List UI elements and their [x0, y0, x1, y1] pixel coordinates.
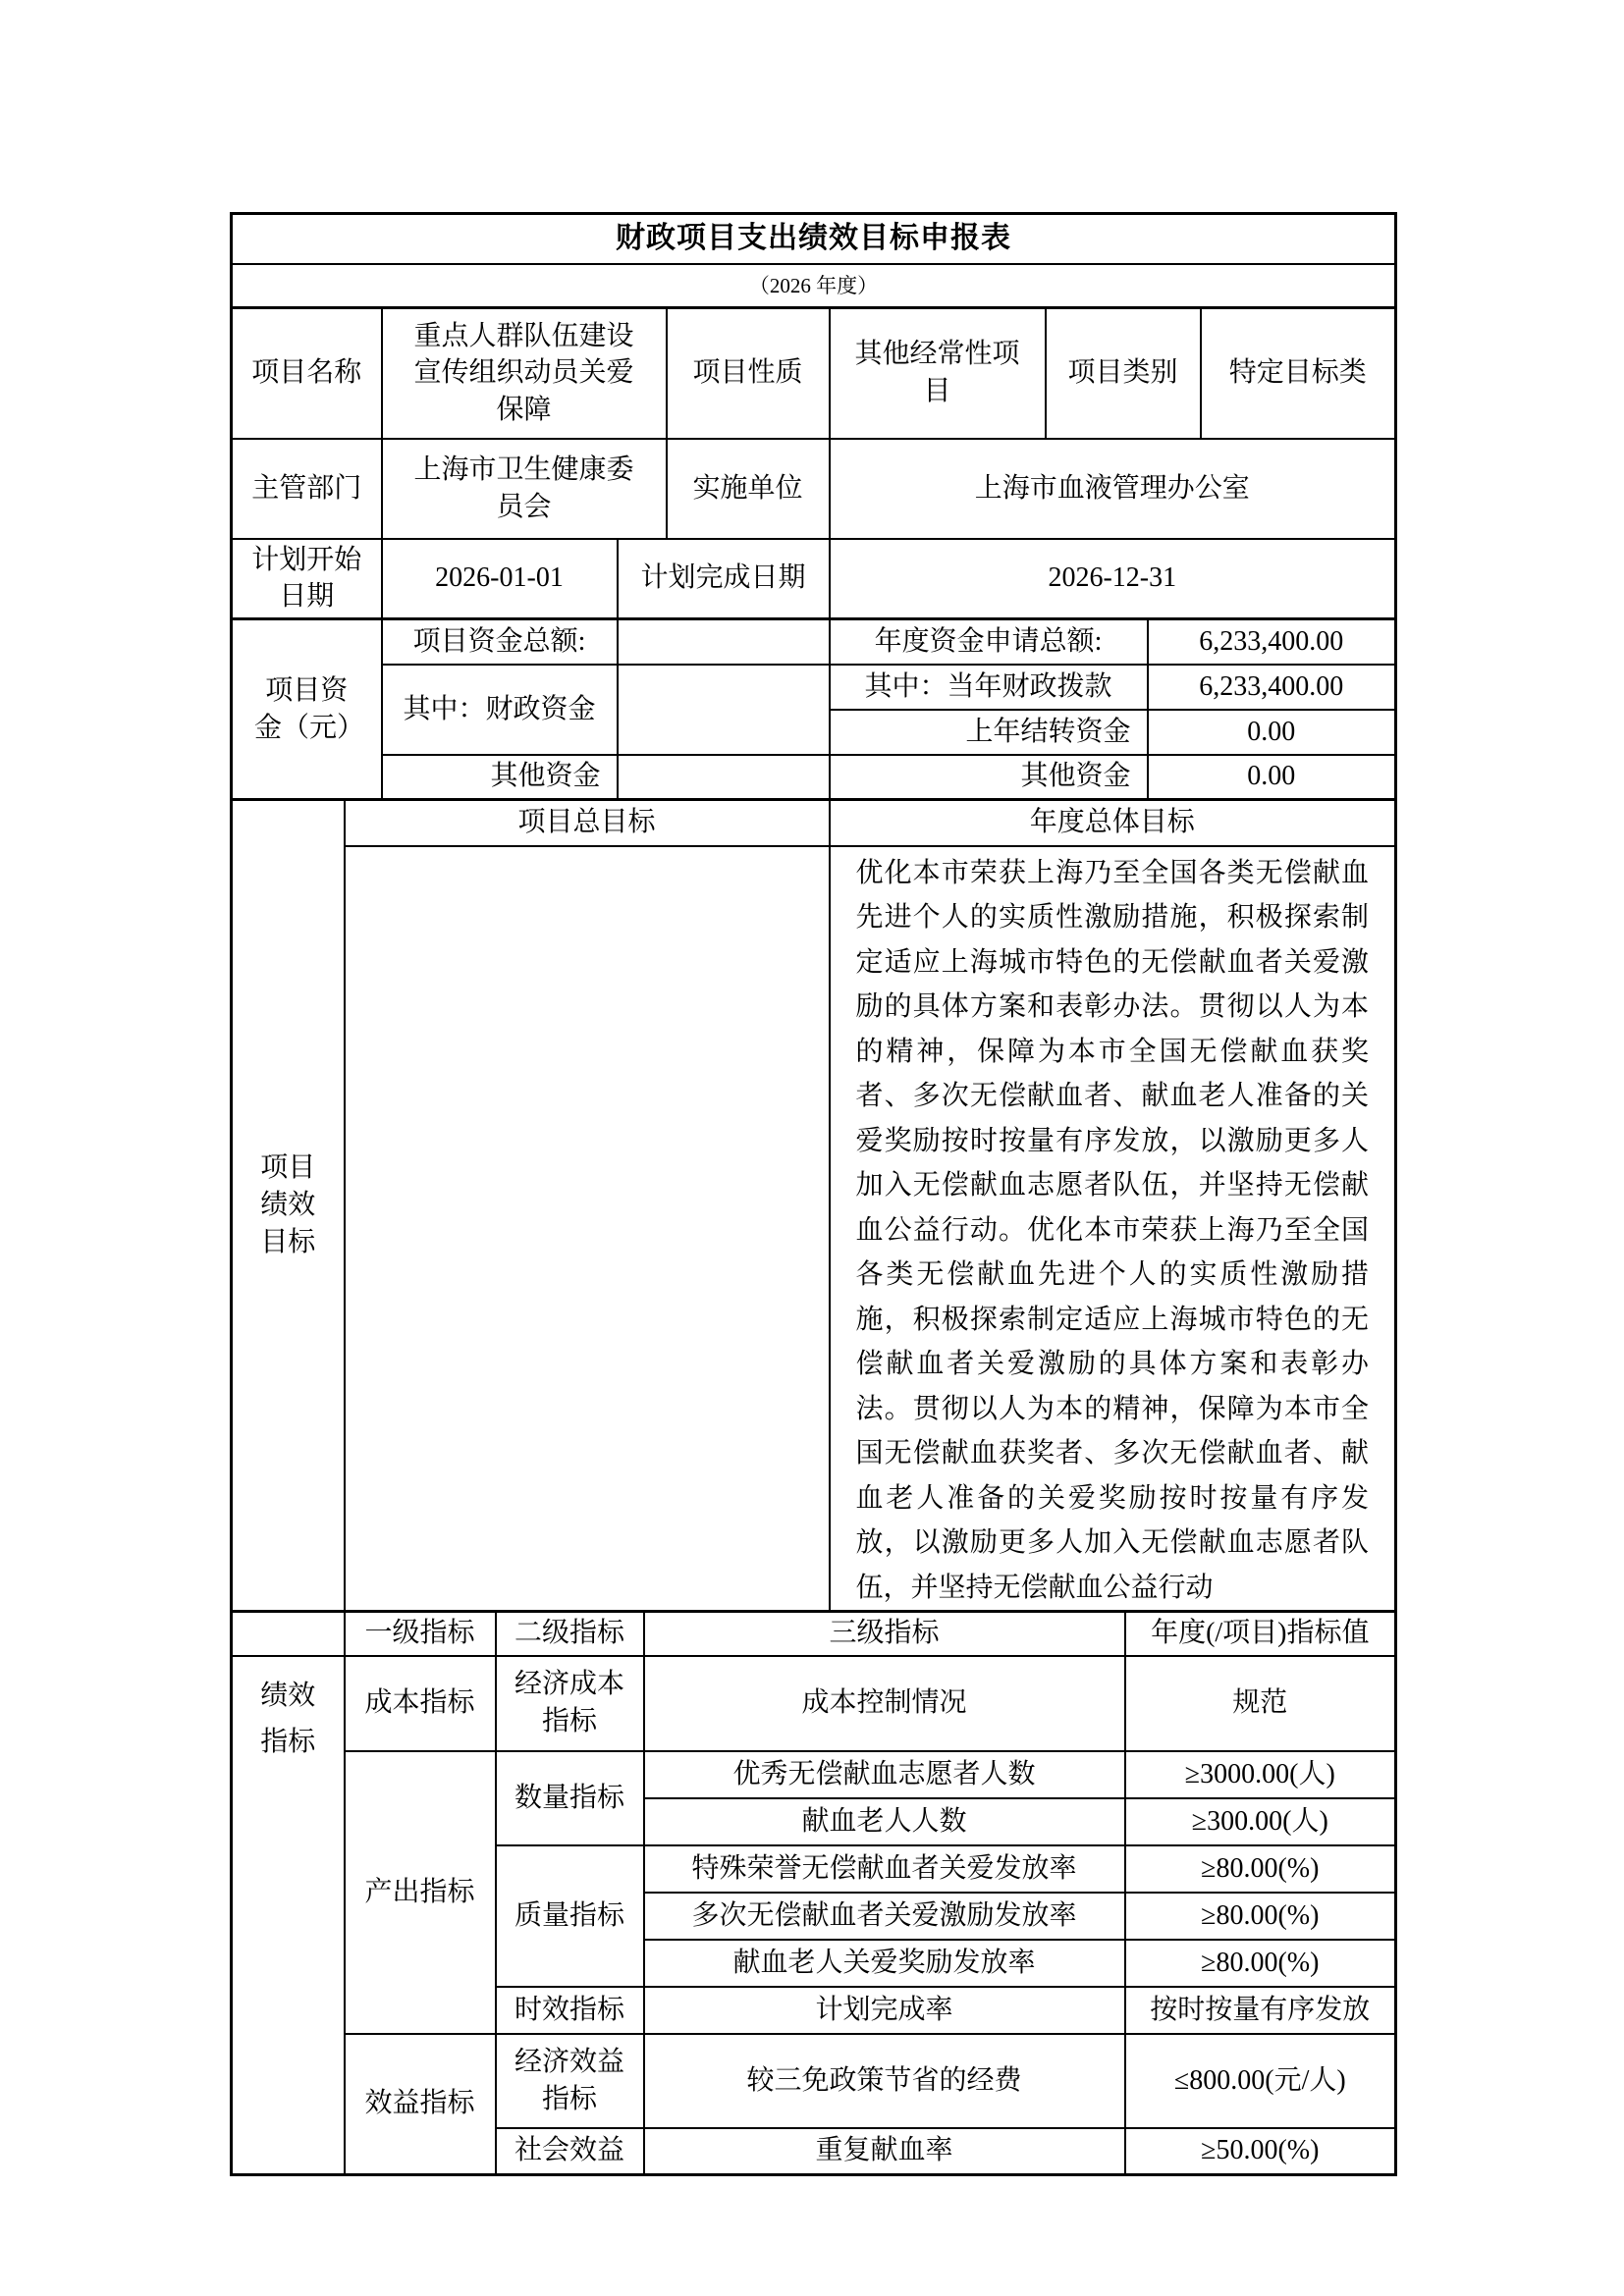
- indicator-value: 按时按量有序发放: [1125, 1987, 1396, 2034]
- competent-dept-value: 上海市卫生健康委员会: [382, 439, 667, 539]
- level2-economic-cost: 经济成本指标: [496, 1656, 644, 1751]
- level1-cost: 成本指标: [345, 1656, 496, 1751]
- project-category-label: 项目类别: [1046, 308, 1201, 439]
- indicator-row-economic-benefit: 效益指标 经济效益指标 较三免政策节省的经费 ≤800.00(元/人): [232, 2034, 1396, 2128]
- competent-dept-label: 主管部门: [232, 439, 382, 539]
- indicators-header-row: 一级指标 二级指标 三级指标 年度(/项目)指标值: [232, 1612, 1396, 1656]
- level2-economic-benefit: 经济效益指标: [496, 2034, 644, 2128]
- indicator-level3: 较三免政策节省的经费: [644, 2034, 1125, 2128]
- funding-current-appropriation-value: 6,233,400.00: [1148, 665, 1396, 710]
- indicator-row-quantity-1: 产出指标 数量指标 优秀无偿献血志愿者人数 ≥3000.00(人): [232, 1751, 1396, 1798]
- funding-total-label: 项目资金总额:: [382, 619, 618, 665]
- plan-start-value: 2026-01-01: [382, 539, 618, 619]
- indicator-level3: 成本控制情况: [644, 1656, 1125, 1751]
- indicator-level3: 献血老人人数: [644, 1798, 1125, 1845]
- funding-carryover-value: 0.00: [1148, 710, 1396, 755]
- indicators-header-level1: 一级指标: [345, 1612, 496, 1656]
- indicators-corner-cell: [232, 1612, 345, 1656]
- funding-fiscal-label: 其中：财政资金: [382, 665, 618, 755]
- plan-end-label: 计划完成日期: [618, 539, 830, 619]
- funding-other-right-value: 0.00: [1148, 755, 1396, 800]
- funding-annual-request-label: 年度资金申请总额:: [830, 619, 1148, 665]
- level1-output: 产出指标: [345, 1751, 496, 2034]
- plan-dates-row: 计划开始日期 2026-01-01 计划完成日期 2026-12-31: [232, 539, 1396, 619]
- indicator-value: ≥300.00(人): [1125, 1798, 1396, 1845]
- targets-section-label: 项目绩效目标: [232, 800, 345, 1612]
- overall-target-text: [345, 846, 830, 1612]
- title-row: 财政项目支出绩效目标申报表: [232, 214, 1396, 264]
- page: 财政项目支出绩效目标申报表 （2026 年度） 项目名称 重点人群队伍建设宣传组…: [0, 0, 1624, 2296]
- targets-body-row: 优化本市荣获上海乃至全国各类无偿献血先进个人的实质性激励措施，积极探索制定适应上…: [232, 846, 1396, 1612]
- project-name-row: 项目名称 重点人群队伍建设宣传组织动员关爱保障 项目性质 其他经常性项目 项目类…: [232, 308, 1396, 439]
- indicator-row-cost: 绩效指标 成本指标 经济成本指标 成本控制情况 规范: [232, 1656, 1396, 1751]
- form-year: （2026 年度）: [232, 264, 1396, 308]
- indicator-level3: 多次无偿献血者关爱激励发放率: [644, 1893, 1125, 1940]
- funding-other-left-label: 其他资金: [382, 755, 618, 800]
- funding-other-left-value: [618, 755, 830, 800]
- funding-carryover-label: 上年结转资金: [830, 710, 1148, 755]
- annual-target-header: 年度总体目标: [830, 800, 1396, 846]
- level2-timeliness: 时效指标: [496, 1987, 644, 2034]
- overall-target-header: 项目总目标: [345, 800, 830, 846]
- funding-annual-request-value: 6,233,400.00: [1148, 619, 1396, 665]
- indicators-header-value: 年度(/项目)指标值: [1125, 1612, 1396, 1656]
- indicator-value: 规范: [1125, 1656, 1396, 1751]
- implement-unit-value: 上海市血液管理办公室: [830, 439, 1396, 539]
- declaration-form-table: 财政项目支出绩效目标申报表 （2026 年度） 项目名称 重点人群队伍建设宣传组…: [230, 212, 1397, 2176]
- funding-fiscal-value: [618, 665, 830, 755]
- year-row: （2026 年度）: [232, 264, 1396, 308]
- funding-total-row: 项目资金（元） 项目资金总额: 年度资金申请总额: 6,233,400.00: [232, 619, 1396, 665]
- indicator-level3: 特殊荣誉无偿献血者关爱发放率: [644, 1845, 1125, 1893]
- project-category-value: 特定目标类: [1201, 308, 1396, 439]
- level2-quality: 质量指标: [496, 1845, 644, 1987]
- indicator-value: ≥80.00(%): [1125, 1845, 1396, 1893]
- indicator-level3: 计划完成率: [644, 1987, 1125, 2034]
- funding-total-value: [618, 619, 830, 665]
- project-name-label: 项目名称: [232, 308, 382, 439]
- project-nature-value: 其他经常性项目: [830, 308, 1046, 439]
- indicator-level3: 献血老人关爱奖励发放率: [644, 1940, 1125, 1987]
- funding-section-label: 项目资金（元）: [232, 619, 382, 800]
- department-row: 主管部门 上海市卫生健康委员会 实施单位 上海市血液管理办公室: [232, 439, 1396, 539]
- implement-unit-label: 实施单位: [667, 439, 830, 539]
- targets-header-row: 项目绩效目标 项目总目标 年度总体目标: [232, 800, 1396, 846]
- indicators-section-label: 绩效指标: [232, 1656, 345, 2175]
- funding-other-right-label: 其他资金: [830, 755, 1148, 800]
- indicator-value: ≥50.00(%): [1125, 2128, 1396, 2175]
- indicators-header-level3: 三级指标: [644, 1612, 1125, 1656]
- indicator-level3: 优秀无偿献血志愿者人数: [644, 1751, 1125, 1798]
- level1-benefit: 效益指标: [345, 2034, 496, 2175]
- plan-end-value: 2026-12-31: [830, 539, 1396, 619]
- indicator-value: ≥80.00(%): [1125, 1893, 1396, 1940]
- form-title: 财政项目支出绩效目标申报表: [232, 214, 1396, 264]
- funding-current-appropriation-label: 其中：当年财政拨款: [830, 665, 1148, 710]
- plan-start-label: 计划开始日期: [232, 539, 382, 619]
- funding-fiscal-row: 其中：财政资金 其中：当年财政拨款 6,233,400.00: [232, 665, 1396, 710]
- project-name-value: 重点人群队伍建设宣传组织动员关爱保障: [382, 308, 667, 439]
- annual-target-text: 优化本市荣获上海乃至全国各类无偿献血先进个人的实质性激励措施，积极探索制定适应上…: [830, 846, 1396, 1612]
- indicator-level3: 重复献血率: [644, 2128, 1125, 2175]
- indicator-value: ≥3000.00(人): [1125, 1751, 1396, 1798]
- level2-social-benefit: 社会效益: [496, 2128, 644, 2175]
- level2-quantity: 数量指标: [496, 1751, 644, 1845]
- project-nature-label: 项目性质: [667, 308, 830, 439]
- indicator-value: ≤800.00(元/人): [1125, 2034, 1396, 2128]
- indicators-header-level2: 二级指标: [496, 1612, 644, 1656]
- indicator-value: ≥80.00(%): [1125, 1940, 1396, 1987]
- funding-other-row: 其他资金 其他资金 0.00: [232, 755, 1396, 800]
